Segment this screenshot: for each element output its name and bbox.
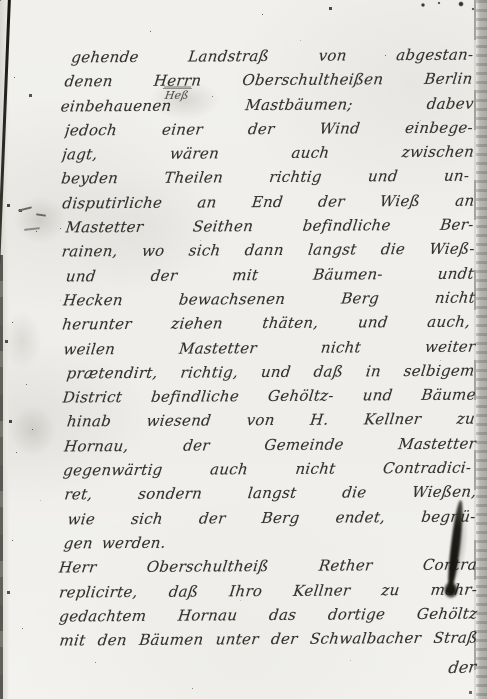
- manuscript-line: prætendirt, richtig, und daß in selbigem: [65, 358, 476, 385]
- manuscript-line: rainen, wo sich dann langst die Wieß-: [60, 237, 476, 264]
- manuscript-line: gehende Landstraß von abgestan-: [60, 43, 475, 70]
- manuscript-line: weilen Mastetter nicht weiter: [62, 334, 477, 361]
- top-right-corner-stain: [411, 0, 481, 16]
- manuscript-line: ret, sondern langst die Wießen,: [63, 480, 478, 507]
- right-page-edge: [476, 0, 487, 699]
- manuscript-line: Hecken bewachsenen Berg nicht: [62, 286, 477, 313]
- manuscript-line: gegenwärtig auch nicht Contradici-: [62, 456, 473, 483]
- manuscript-line: einbehauenen Mastbäumen; dabev: [59, 91, 475, 118]
- manuscript-line: denen Herrn Oberschultheißen Berlin: [63, 67, 474, 94]
- manuscript-page: gehende Landstraß von abgestan-denen Her…: [0, 0, 487, 699]
- manuscript-line: jagt, wären auch zwischen: [61, 140, 476, 167]
- manuscript-line: gen werden.: [62, 528, 478, 555]
- interlinear-insertion: Heß: [161, 88, 192, 102]
- paper-stain: [10, 405, 56, 457]
- manuscript-line: wie sich der Berg endet, begnü-: [66, 504, 477, 531]
- left-edge-line-lower: [0, 255, 3, 699]
- text-block: gehende Landstraß von abgestan-denen Her…: [60, 43, 476, 653]
- manuscript-line: hinab wiesend von H. Kellner zu: [66, 407, 477, 434]
- manuscript-line: disputirliche an End der Wieß an: [61, 188, 476, 215]
- manuscript-line: mit den Bäumen unter der Schwalbacher St…: [58, 626, 479, 653]
- manuscript-line: und der mit Bäumen- undt: [65, 261, 476, 288]
- paper-speckles: [0, 0, 1, 1]
- manuscript-line: herunter ziehen thäten, und auch,: [61, 310, 472, 337]
- left-margin-marks: [16, 204, 66, 240]
- manuscript-line: jedoch einer der Wind einbege-: [64, 115, 475, 142]
- manuscript-line: Herr Oberschultheiß Rether Contra: [58, 553, 479, 580]
- catchword: der: [431, 657, 478, 678]
- manuscript-line: replicirte, daß Ihro Kellner zu mehr-: [58, 577, 479, 604]
- manuscript-line: gedachtem Hornau das dortige Gehöltz: [58, 601, 479, 628]
- manuscript-line: beyden Theilen richtig und un-: [60, 164, 471, 191]
- manuscript-line: Mastetter Seithen befindliche Ber-: [64, 213, 475, 240]
- manuscript-line: District befindliche Gehöltz- und Bäume: [61, 383, 477, 410]
- manuscript-line: Hornau, der Gemeinde Mastetter: [63, 431, 478, 458]
